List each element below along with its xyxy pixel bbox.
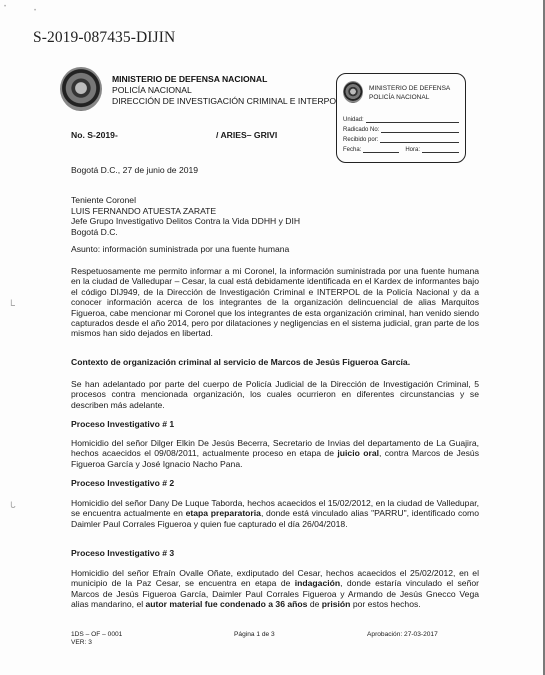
footer-form-code: 1DS – OF – 0001 VER: 3 bbox=[71, 631, 122, 647]
subject-line: Asunto: información suministrada por una… bbox=[71, 244, 289, 254]
footer-version: VER: 3 bbox=[71, 639, 122, 647]
recipient-rank: Teniente Coronel bbox=[71, 195, 300, 206]
process-2-text: Homicidio del señor Dany De Luque Tabord… bbox=[71, 498, 479, 529]
process-3-text-part: de bbox=[307, 599, 321, 609]
process-2-stage: etapa preparatoria bbox=[186, 508, 261, 518]
letterhead-police: POLICÍA NACIONAL bbox=[112, 85, 341, 96]
stamp-line bbox=[381, 126, 459, 133]
reception-stamp: MINISTERIO DE DEFENSA POLICÍA NACIONAL U… bbox=[336, 73, 466, 163]
stamp-field-radicado: Radicado No: bbox=[343, 126, 459, 133]
process-3-sentence-prison: prisión bbox=[322, 599, 351, 609]
intro-paragraph: Respetuosamente me permito informar a mi… bbox=[71, 266, 479, 339]
stamp-label-unidad: Unidad: bbox=[343, 117, 364, 123]
process-1-heading: Proceso Investigativo # 1 bbox=[71, 419, 174, 429]
stamp-title-line2: POLICÍA NACIONAL bbox=[369, 93, 450, 102]
stamp-line bbox=[422, 146, 459, 153]
reference-code: / ARIES– GRIVI bbox=[216, 130, 277, 140]
police-crest-icon bbox=[60, 67, 102, 111]
process-3-heading: Proceso Investigativo # 3 bbox=[71, 548, 174, 558]
recipient-name: LUIS FERNANDO ATUESTA ZARATE bbox=[71, 206, 300, 217]
stamp-title-line1: MINISTERIO DE DEFENSA bbox=[369, 84, 450, 93]
footer-code: 1DS – OF – 0001 bbox=[71, 631, 122, 639]
letterhead-directorate: DIRECCIÓN DE INVESTIGACIÓN CRIMINAL E IN… bbox=[112, 96, 341, 107]
stamp-title: MINISTERIO DE DEFENSA POLICÍA NACIONAL bbox=[369, 84, 450, 102]
recipient-position: Jefe Grupo Investigativo Delitos Contra … bbox=[71, 216, 300, 227]
stamp-label-fecha: Fecha: bbox=[343, 147, 361, 153]
stamp-field-fecha-hora: Fecha: Hora: bbox=[343, 146, 459, 153]
document-reference: S-2019-087435-DIJIN bbox=[33, 29, 175, 47]
letterhead-ministry: MINISTERIO DE DEFENSA NACIONAL bbox=[112, 74, 341, 85]
scan-mark: ᒐ bbox=[10, 500, 16, 511]
footer-page-number: Página 1 de 3 bbox=[234, 631, 275, 638]
letter-date: Bogotá D.C., 27 de junio de 2019 bbox=[71, 165, 198, 175]
stamp-label-radicado: Radicado No: bbox=[343, 127, 379, 133]
reference-number: No. S-2019- bbox=[71, 130, 118, 140]
stamp-field-unidad: Unidad: bbox=[343, 116, 459, 123]
stamp-field-recibido: Recibido por: bbox=[343, 136, 459, 143]
footer-approval-date: Aprobación: 27-03-2017 bbox=[367, 631, 438, 638]
recipient-block: Teniente Coronel LUIS FERNANDO ATUESTA Z… bbox=[71, 195, 300, 237]
scan-mark: • bbox=[34, 8, 36, 14]
context-paragraph: Se han adelantado por parte del cuerpo d… bbox=[71, 379, 479, 410]
stamp-line bbox=[366, 116, 459, 123]
process-3-text-part: por estos hechos. bbox=[350, 599, 420, 609]
recipient-city: Bogotá D.C. bbox=[71, 227, 300, 238]
process-2-heading: Proceso Investigativo # 2 bbox=[71, 478, 174, 488]
letterhead: MINISTERIO DE DEFENSA NACIONAL POLICÍA N… bbox=[112, 74, 341, 107]
process-3-text: Homicidio del señor Efraín Ovalle Oñate,… bbox=[71, 568, 479, 610]
stamp-crest-icon bbox=[343, 81, 363, 103]
stamp-line bbox=[380, 136, 459, 143]
stamp-label-hora: Hora: bbox=[405, 147, 420, 153]
process-3-stage: indagación bbox=[295, 578, 340, 588]
stamp-label-recibido: Recibido por: bbox=[343, 137, 378, 143]
process-1-stage: juicio oral bbox=[337, 448, 379, 458]
scan-mark: • bbox=[4, 4, 6, 10]
context-heading: Contexto de organización criminal al ser… bbox=[71, 357, 410, 367]
process-3-sentence: autor material fue condenado a 36 años bbox=[146, 599, 308, 609]
process-1-text: Homicidio del señor Dilger Elkin De Jesú… bbox=[71, 438, 479, 469]
stamp-line bbox=[363, 146, 399, 153]
scan-mark: ᒪ bbox=[10, 298, 15, 309]
